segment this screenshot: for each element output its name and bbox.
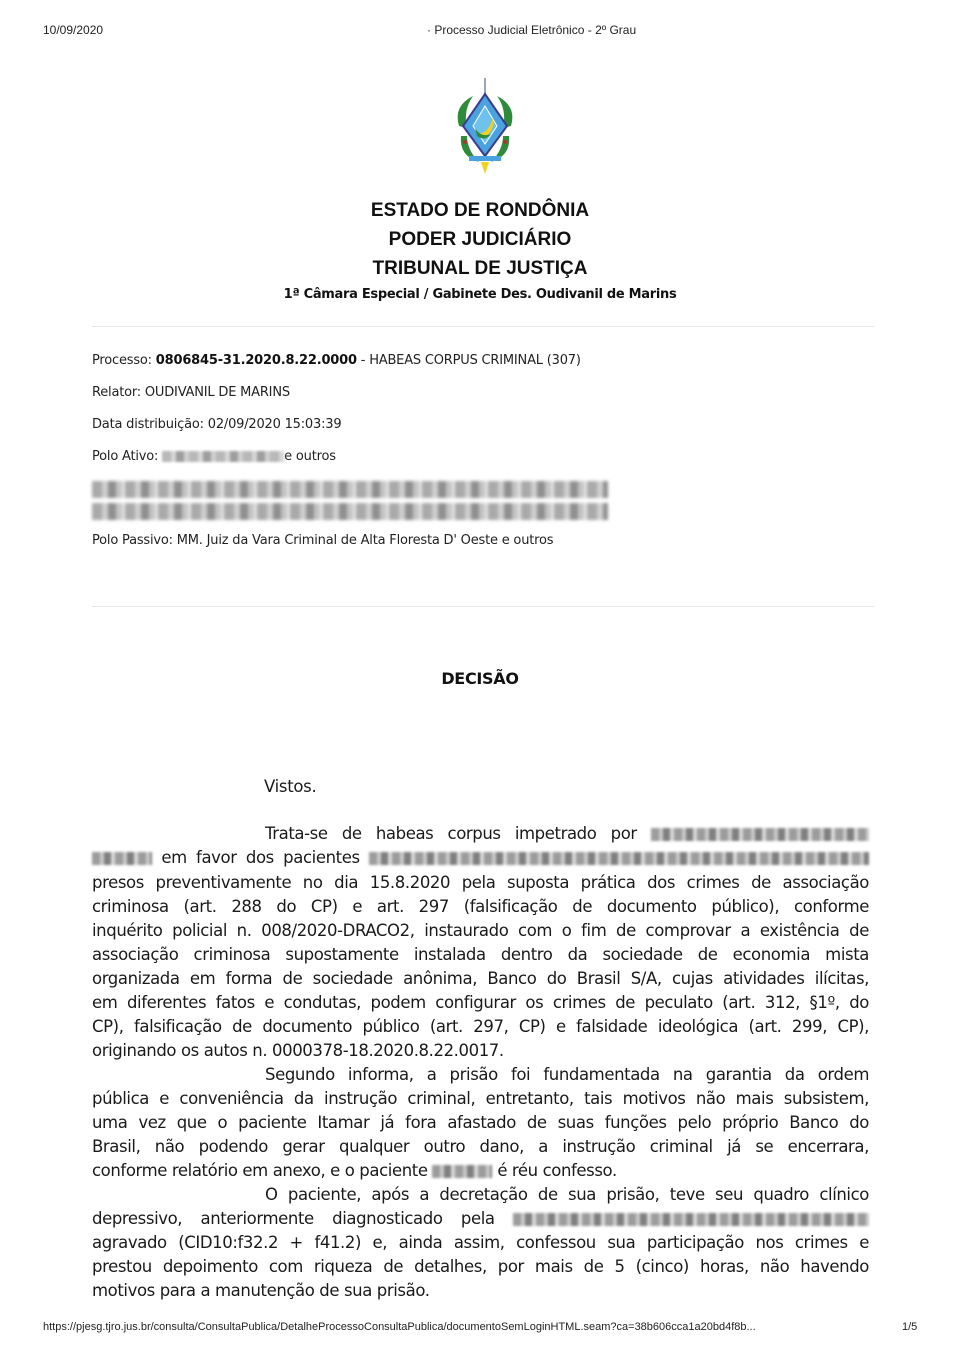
polo-passivo-line: Polo Passivo: MM. Juiz da Vara Criminal … (92, 533, 553, 548)
print-page-number: 1/5 (902, 1321, 917, 1333)
paragraph-line: em favor dos pacientes (92, 848, 869, 868)
process-number: 0806845-31.2020.8.22.0000 (156, 353, 357, 368)
divider (92, 606, 874, 607)
text: depressivo, anteriormente diagnosticado … (92, 1209, 495, 1228)
redacted-name (92, 852, 152, 865)
paragraph-line: associação criminosa supostamente instal… (92, 945, 869, 965)
polo-ativo-label: Polo Ativo: (92, 449, 162, 464)
greeting: Vistos. (264, 777, 316, 796)
process-label: Processo: (92, 353, 156, 368)
redacted-name (369, 852, 869, 865)
letterhead-court: TRIBUNAL DE JUSTIÇA (0, 258, 960, 280)
polo-ativo-suffix: e outros (284, 449, 336, 464)
print-footer-url: https://pjesg.tjro.jus.br/consulta/Consu… (43, 1321, 883, 1333)
redacted-block (92, 503, 608, 520)
paragraph-line: motivos para a manutenção de sua prisão. (92, 1281, 869, 1301)
text: em favor dos pacientes (161, 848, 359, 867)
letterhead-power: PODER JUDICIÁRIO (0, 229, 960, 251)
process-number-line: Processo: 0806845-31.2020.8.22.0000 - HA… (92, 353, 581, 368)
print-date: 10/09/2020 (43, 23, 103, 37)
paragraph-line: originando os autos n. 0000378-18.2020.8… (92, 1041, 869, 1061)
paragraph-line: depressivo, anteriormente diagnosticado … (92, 1209, 869, 1229)
paragraph-line: criminosa (art. 288 do CP) e art. 297 (f… (92, 897, 869, 917)
process-class: - HABEAS CORPUS CRIMINAL (307) (357, 353, 581, 368)
text: é réu confesso. (497, 1161, 617, 1180)
paragraph-line: uma vez que o paciente Itamar já fora af… (92, 1113, 869, 1133)
paragraph-line: organizada em forma de sociedade anônima… (92, 969, 869, 989)
redacted-name (651, 828, 869, 841)
letterhead-state: ESTADO DE RONDÔNIA (0, 200, 960, 222)
paragraph-line: CP), falsificação de documento público (… (92, 1017, 869, 1037)
paragraph-line: presos preventivamente no dia 15.8.2020 … (92, 873, 869, 893)
letterhead-chamber: 1ª Câmara Especial / Gabinete Des. Oudiv… (0, 287, 960, 302)
paragraph-line: em diferentes fatos e condutas, podem co… (92, 993, 869, 1013)
paragraph-line: Segundo informa, a prisão foi fundamenta… (92, 1065, 869, 1085)
paragraph-line: pública e conveniência da instrução crim… (92, 1089, 869, 1109)
redacted-block (92, 481, 608, 498)
redacted-name (162, 451, 284, 462)
paragraph-line: O paciente, após a decretação de sua pri… (92, 1185, 869, 1205)
text: conforme relatório em anexo, e o pacient… (92, 1161, 428, 1180)
text: Trata-se de habeas corpus impetrado por (265, 824, 637, 843)
paragraph-line: inquérito policial n. 008/2020-DRACO2, i… (92, 921, 869, 941)
paragraph-line: Trata-se de habeas corpus impetrado por (92, 824, 869, 844)
divider (92, 326, 874, 327)
coat-of-arms-icon (445, 76, 525, 176)
paragraph-line: agravado (CID10:f32.2 + f41.2) e, ainda … (92, 1233, 869, 1253)
redacted-name (513, 1213, 869, 1226)
polo-ativo-line: Polo Ativo: e outros (92, 449, 336, 464)
relator-line: Relator: OUDIVANIL DE MARINS (92, 385, 290, 400)
paragraph-line: prestou depoimento com riqueza de detalh… (92, 1257, 869, 1277)
paragraph-line: Brasil, não podendo gerar qualquer outro… (92, 1137, 869, 1157)
print-page-title: · Processo Judicial Eletrônico - 2º Grau (427, 23, 636, 37)
redacted-name (432, 1165, 492, 1178)
document-title: DECISÃO (0, 669, 960, 688)
distribution-date-line: Data distribuição: 02/09/2020 15:03:39 (92, 417, 341, 432)
paragraph-line: conforme relatório em anexo, e o pacient… (92, 1161, 869, 1181)
